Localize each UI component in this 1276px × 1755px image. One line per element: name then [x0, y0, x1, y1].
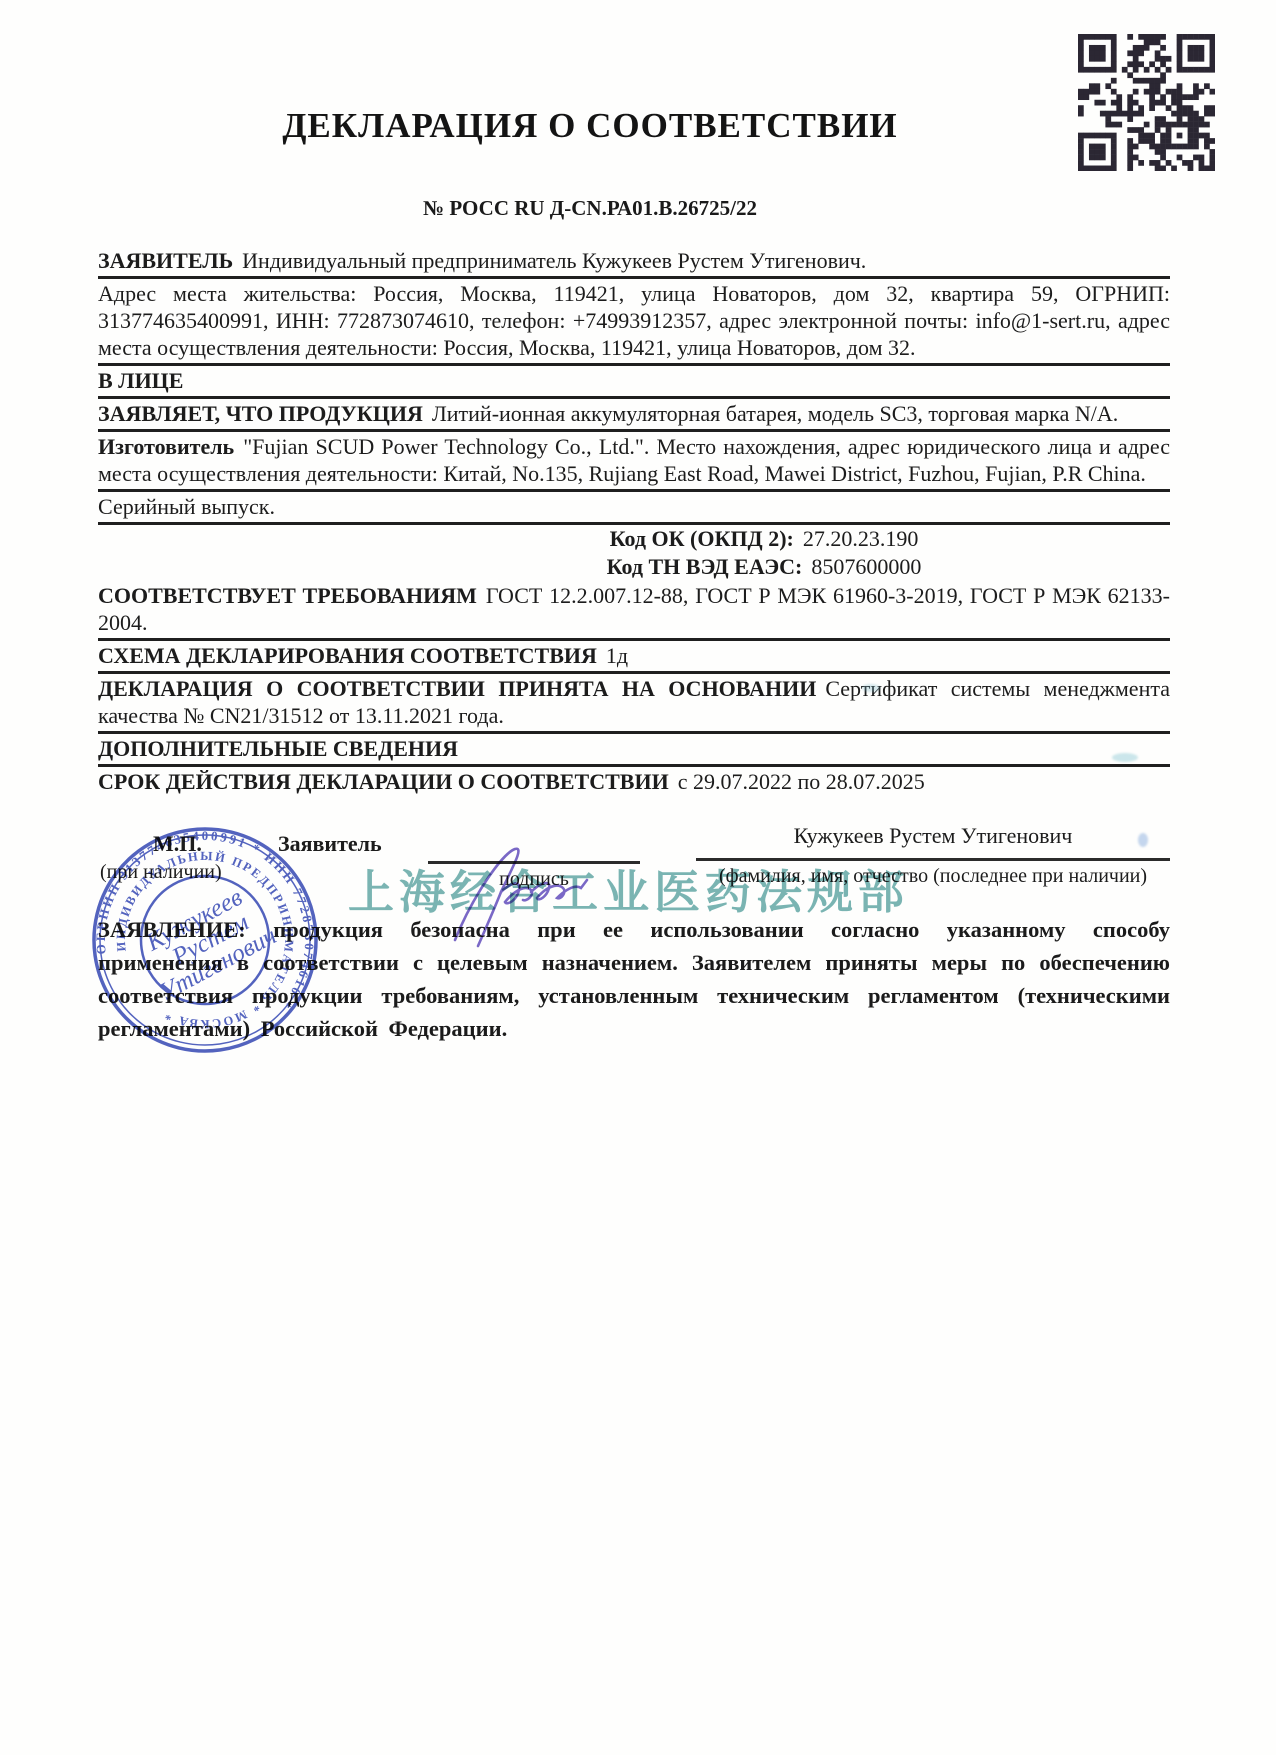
scheme-row: СХЕМА ДЕКЛАРИРОВАНИЯ СООТВЕТСТВИЯ1д: [98, 641, 1170, 674]
handwritten-signature: [425, 840, 635, 950]
product-declaration-label: ЗАЯВЛЯЕТ, ЧТО ПРОДУКЦИЯ: [98, 401, 423, 426]
stamp-center-name: Кужукеев Рустем Утигенович: [131, 878, 281, 1006]
basis-label: ДЕКЛАРАЦИЯ О СООТВЕТСТВИИ ПРИНЯТА НА ОСН…: [98, 676, 816, 701]
manufacturer-label: Изготовитель: [98, 434, 234, 459]
okpd-code-value: 27.20.23.190: [803, 526, 919, 551]
applicant-row: ЗАЯВИТЕЛЬИндивидуальный предприниматель …: [98, 246, 1170, 279]
qr-code: [1078, 34, 1215, 171]
scheme-label: СХЕМА ДЕКЛАРИРОВАНИЯ СООТВЕТСТВИЯ: [98, 643, 597, 668]
okpd-code-row: Код ОК (ОКПД 2):27.20.23.190: [98, 525, 1170, 553]
scheme-value: 1д: [606, 643, 628, 668]
basis-row: ДЕКЛАРАЦИЯ О СООТВЕТСТВИИ ПРИНЯТА НА ОСН…: [98, 674, 1170, 734]
applicant-value: Индивидуальный предприниматель Кужукеев …: [242, 248, 866, 273]
validity-row: СРОК ДЕЙСТВИЯ ДЕКЛАРАЦИИ О СООТВЕТСТВИИс…: [98, 767, 1170, 797]
okpd-code-label: Код ОК (ОКПД 2):: [610, 526, 794, 551]
manufacturer-value: "Fujian SCUD Power Technology Co., Ltd."…: [98, 434, 1170, 486]
compliance-row: СООТВЕТСТВУЕТ ТРЕБОВАНИЯМГОСТ 12.2.007.1…: [98, 581, 1170, 641]
applicant-details: Адрес места жительства: Россия, Москва, …: [98, 279, 1170, 366]
applicant-label: ЗАЯВИТЕЛЬ: [98, 248, 233, 273]
document-number: № РОСС RU Д-CN.РА01.В.26725/22: [0, 196, 1180, 221]
scan-artifact: [1138, 833, 1148, 847]
in-person-row: В ЛИЦЕ: [98, 366, 1170, 399]
manufacturer-row: Изготовитель"Fujian SCUD Power Technolog…: [98, 432, 1170, 492]
tnved-code-row: Код ТН ВЭД ЕАЭС:8507600000: [98, 553, 1170, 581]
validity-dates: с 29.07.2022 по 28.07.2025: [678, 769, 925, 794]
scan-artifact: [862, 684, 880, 692]
serial-release-row: Серийный выпуск.: [98, 492, 1170, 525]
product-declaration-row: ЗАЯВЛЯЕТ, ЧТО ПРОДУКЦИЯЛитий-ионная акку…: [98, 399, 1170, 432]
declaration-document: ДЕКЛАРАЦИЯ О СООТВЕТСТВИИ № РОСС RU Д-CN…: [0, 0, 1276, 1755]
validity-label: СРОК ДЕЙСТВИЯ ДЕКЛАРАЦИИ О СООТВЕТСТВИИ: [98, 769, 669, 794]
scan-artifact: [1112, 753, 1138, 762]
compliance-label: СООТВЕТСТВУЕТ ТРЕБОВАНИЯМ: [98, 583, 477, 608]
additional-info-row: ДОПОЛНИТЕЛЬНЫЕ СВЕДЕНИЯ: [98, 734, 1170, 767]
applicant-stamp: ОГРНИП 313774635400991 * ИНН 77287307461…: [73, 808, 337, 1072]
tnved-code-value: 8507600000: [811, 554, 921, 579]
tnved-code-label: Код ТН ВЭД ЕАЭС:: [607, 554, 803, 579]
document-title: ДЕКЛАРАЦИЯ О СООТВЕТСТВИИ: [0, 106, 1180, 146]
product-description: Литий-ионная аккумуляторная батарея, мод…: [432, 401, 1118, 426]
